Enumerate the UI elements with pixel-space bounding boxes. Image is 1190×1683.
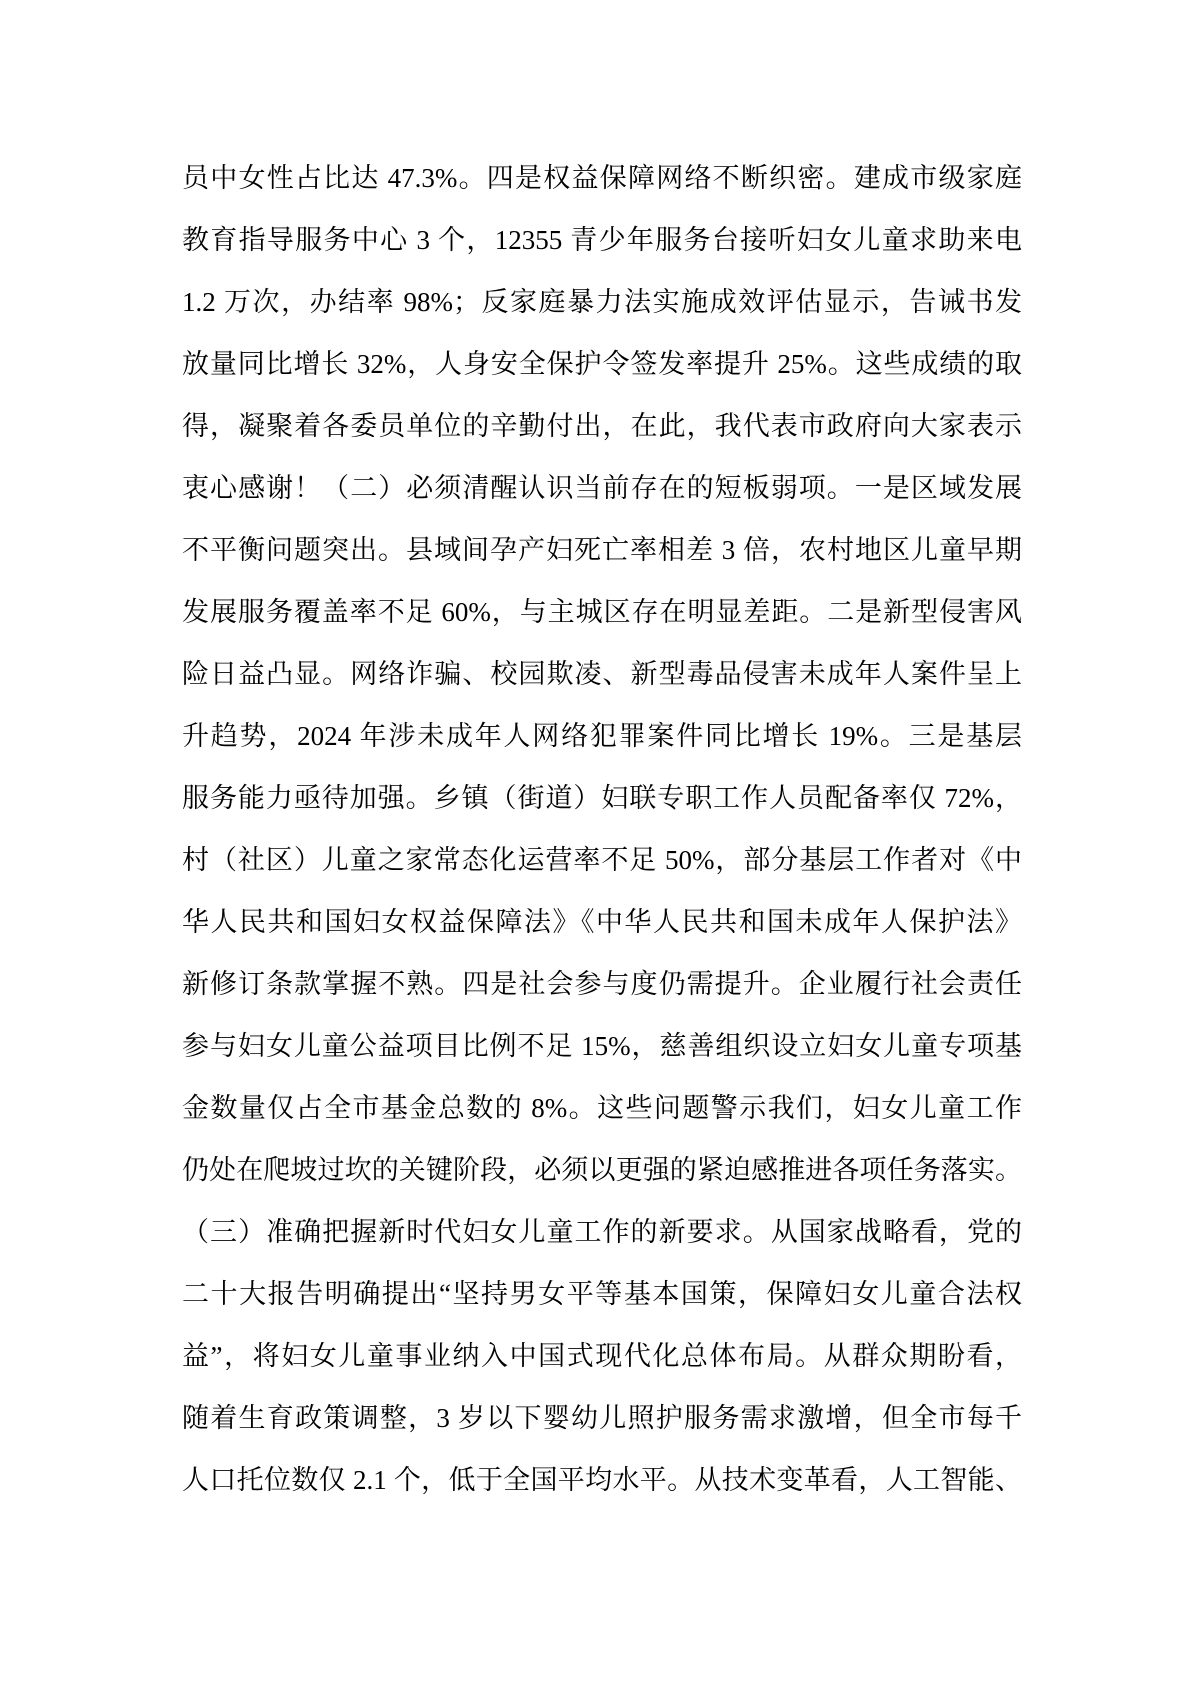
- text-line-10: 升趋势，2024 年涉未成年人网络犯罪案件同比增长 19%。三是基层: [182, 705, 1022, 767]
- text-line-21: 随着生育政策调整，3 岁以下婴幼儿照护服务需求激增，但全市每千: [182, 1387, 1022, 1449]
- text-line-20: 益”，将妇女儿童事业纳入中国式现代化总体布局。从群众期盼看，: [182, 1325, 1022, 1387]
- document-page: 员中女性占比达 47.3%。四是权益保障网络不断织密。建成市级家庭 教育指导服务…: [0, 0, 1190, 1683]
- text-line-15: 参与妇女儿童公益项目比例不足 15%，慈善组织设立妇女儿童专项基: [182, 1015, 1022, 1077]
- text-line-7: 不平衡问题突出。县域间孕产妇死亡率相差 3 倍，农村地区儿童早期: [182, 519, 1022, 581]
- text-line-17: 仍处在爬坡过坎的关键阶段，必须以更强的紧迫感推进各项任务落实。: [182, 1139, 1022, 1201]
- text-line-14: 新修订条款掌握不熟。四是社会参与度仍需提升。企业履行社会责任: [182, 953, 1022, 1015]
- text-line-4: 放量同比增长 32%，人身安全保护令签发率提升 25%。这些成绩的取: [182, 333, 1022, 395]
- text-line-5: 得，凝聚着各委员单位的辛勤付出，在此，我代表市政府向大家表示: [182, 395, 1022, 457]
- text-line-8: 发展服务覆盖率不足 60%，与主城区存在明显差距。二是新型侵害风: [182, 581, 1022, 643]
- text-line-3: 1.2 万次，办结率 98%；反家庭暴力法实施成效评估显示，告诫书发: [182, 271, 1022, 333]
- text-line-6: 衷心感谢！（二）必须清醒认识当前存在的短板弱项。一是区域发展: [182, 457, 1022, 519]
- text-line-9: 险日益凸显。网络诈骗、校园欺凌、新型毒品侵害未成年人案件呈上: [182, 643, 1022, 705]
- text-line-13: 华人民共和国妇女权益保障法》《中华人民共和国未成年人保护法》: [182, 891, 1022, 953]
- text-line-16: 金数量仅占全市基金总数的 8%。这些问题警示我们，妇女儿童工作: [182, 1077, 1022, 1139]
- text-line-2: 教育指导服务中心 3 个，12355 青少年服务台接听妇女儿童求助来电: [182, 209, 1022, 271]
- document-text-block: 员中女性占比达 47.3%。四是权益保障网络不断织密。建成市级家庭 教育指导服务…: [182, 147, 1022, 1511]
- text-line-1: 员中女性占比达 47.3%。四是权益保障网络不断织密。建成市级家庭: [182, 147, 1022, 209]
- text-line-11: 服务能力亟待加强。乡镇（街道）妇联专职工作人员配备率仅 72%，: [182, 767, 1022, 829]
- text-line-12: 村（社区）儿童之家常态化运营率不足 50%，部分基层工作者对《中: [182, 829, 1022, 891]
- text-line-18: （三）准确把握新时代妇女儿童工作的新要求。从国家战略看，党的: [182, 1201, 1022, 1263]
- text-line-19: 二十大报告明确提出“坚持男女平等基本国策，保障妇女儿童合法权: [182, 1263, 1022, 1325]
- text-line-22: 人口托位数仅 2.1 个，低于全国平均水平。从技术变革看，人工智能、: [182, 1449, 1022, 1511]
